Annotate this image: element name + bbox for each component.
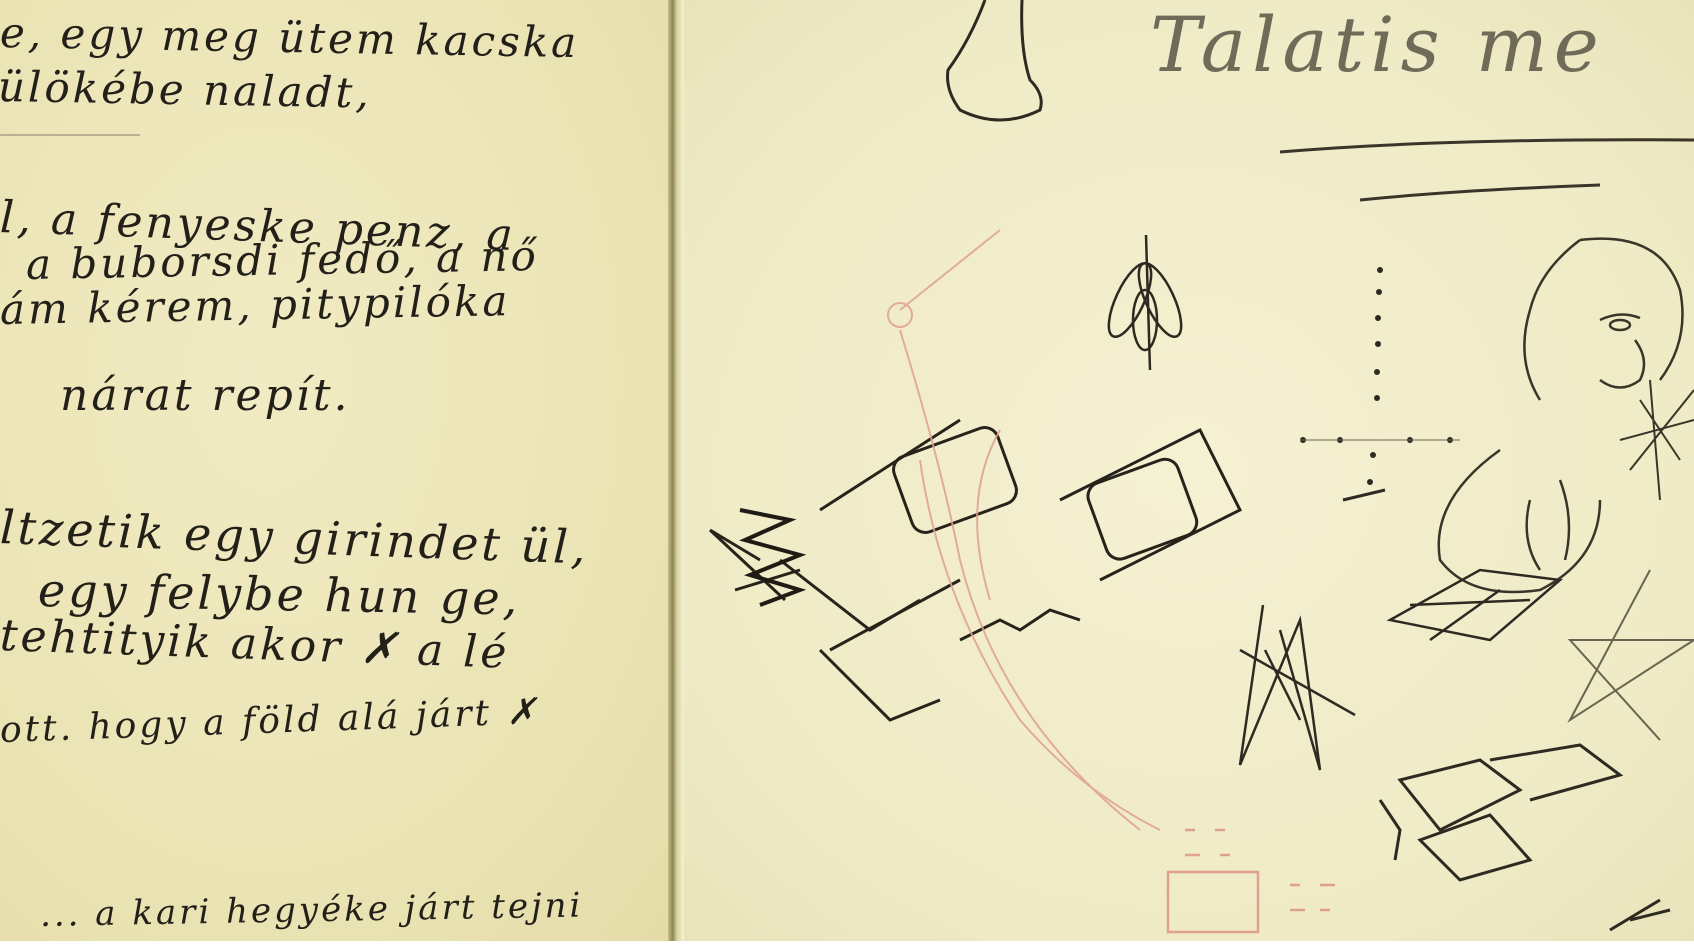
bottom-white-band xyxy=(0,941,1694,952)
knot-figure-icon xyxy=(1100,235,1189,370)
large-faint-star-icon xyxy=(1570,570,1694,740)
heading-underline-icon xyxy=(1280,140,1694,200)
sketches-layer xyxy=(0,0,1694,941)
corner-mark-icon xyxy=(1610,900,1670,930)
zigzag-lines-icon xyxy=(740,510,800,605)
diamond-grid-icon xyxy=(1380,745,1620,880)
grid-squares-icon xyxy=(1390,570,1560,640)
dotted-cross-icon xyxy=(1300,267,1460,500)
red-rectangle-icon xyxy=(1168,830,1335,932)
red-pencil-arc-icon xyxy=(888,230,1160,830)
manuscript-photo: e, egy meg ütem kacska ülökébe naladt, l… xyxy=(0,0,1694,941)
bearded-man-portrait-icon xyxy=(1439,239,1683,592)
squares-diagram-icon xyxy=(710,420,1240,720)
star-burst-icon xyxy=(1620,380,1694,500)
hexagram-star-icon xyxy=(1240,605,1355,770)
hand-sketch-icon xyxy=(948,0,1042,120)
